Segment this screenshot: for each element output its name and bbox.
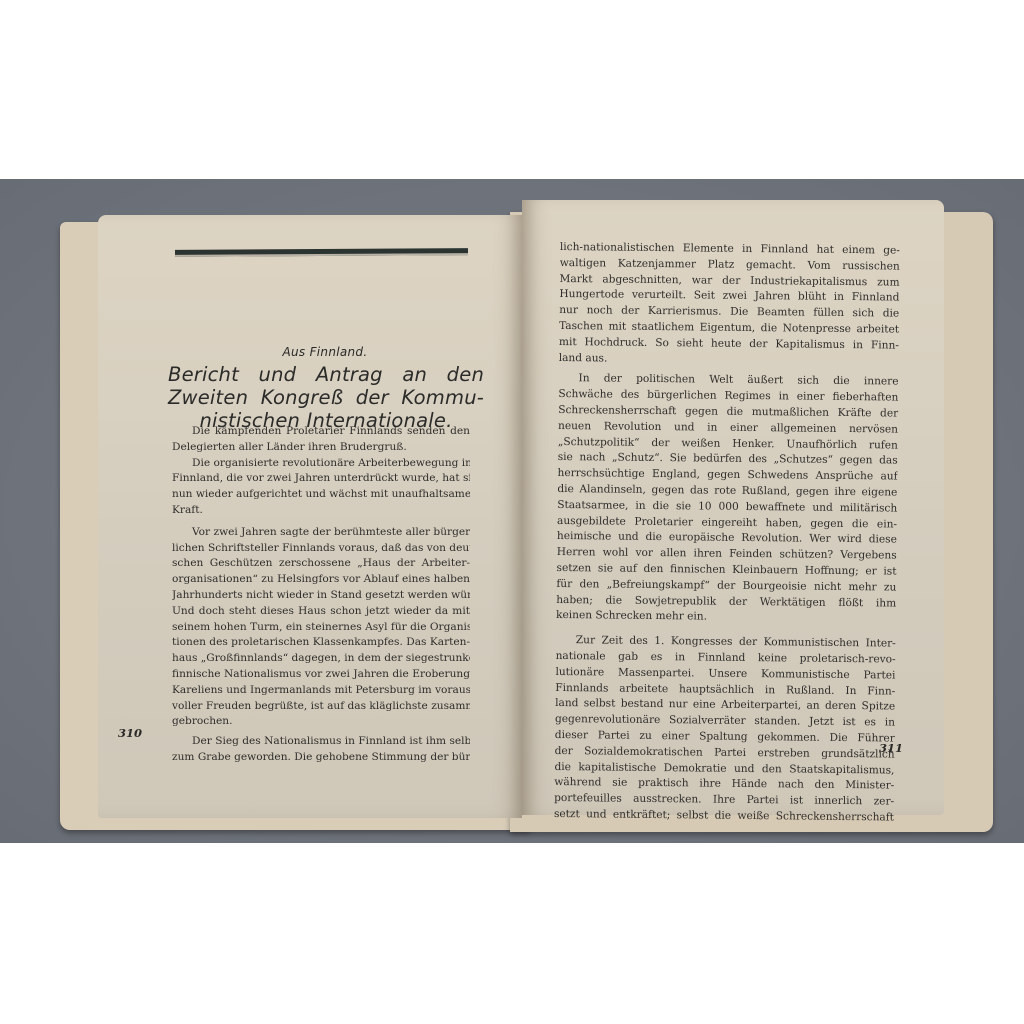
text-line: tionen des proletarischen Klassenkampfes… <box>172 635 470 651</box>
text-line: haus „Großfinnlands“ dagegen, in dem der… <box>172 651 470 667</box>
title-line: Bericht und Antrag an den <box>168 363 484 386</box>
text-line: nun wieder aufgerichtet und wächst mit u… <box>172 487 470 503</box>
text-line: Kareliens und Ingermanlands mit Petersbu… <box>172 683 470 699</box>
text-line: Der Sieg des Nationalismus in Finnland i… <box>172 734 470 750</box>
text-line: seinem hohen Turm, ein steinernes Asyl f… <box>172 620 470 636</box>
text-line: schen Geschützen zerschossene „Haus der … <box>172 556 470 572</box>
text-line: voller Freuden begrüßte, ist auf das klä… <box>172 699 470 715</box>
text-line: Die organisierte revolutionäre Arbeiterb… <box>172 456 470 472</box>
right-page-body: lich-nationalistischen Elemente in Finnl… <box>554 240 900 826</box>
left-page-body: Die kämpfenden Proletarier Finnlands sen… <box>172 424 470 766</box>
text-line: gebrochen. <box>172 714 470 730</box>
text-line: Und doch steht dieses Haus schon jetzt w… <box>172 604 470 620</box>
page-number-right: 311 <box>879 741 903 755</box>
text-line: finnische Nationalismus vor zwei Jahren … <box>172 667 470 683</box>
text-line: zum Grabe geworden. Die gehobene Stimmun… <box>172 750 470 766</box>
title-line: Zweiten Kongreß der Kommu- <box>168 386 484 409</box>
text-line: keinen Schrecken mehr ein. <box>556 608 896 627</box>
chapter-title: Bericht und Antrag an den Zweiten Kongre… <box>168 363 484 432</box>
text-line: Kraft. <box>172 503 470 519</box>
page-number-left: 310 <box>118 726 142 740</box>
text-line: Jahrhunderts nicht wieder in Stand geset… <box>172 588 470 604</box>
text-line: Die kämpfenden Proletarier Finnlands sen… <box>172 424 470 440</box>
text-line: Delegierten aller Länder ihren Brudergru… <box>172 440 470 456</box>
text-line: Finnland, die vor zwei Jahren unterdrück… <box>172 471 470 487</box>
text-line: lichen Schriftsteller Finnlands voraus, … <box>172 541 470 557</box>
text-line: organisationen“ zu Helsingfors vor Ablau… <box>172 572 470 588</box>
section-kicker: Aus Finnland. <box>160 345 490 359</box>
text-line: Vor zwei Jahren sagte der berühmteste al… <box>172 525 470 541</box>
